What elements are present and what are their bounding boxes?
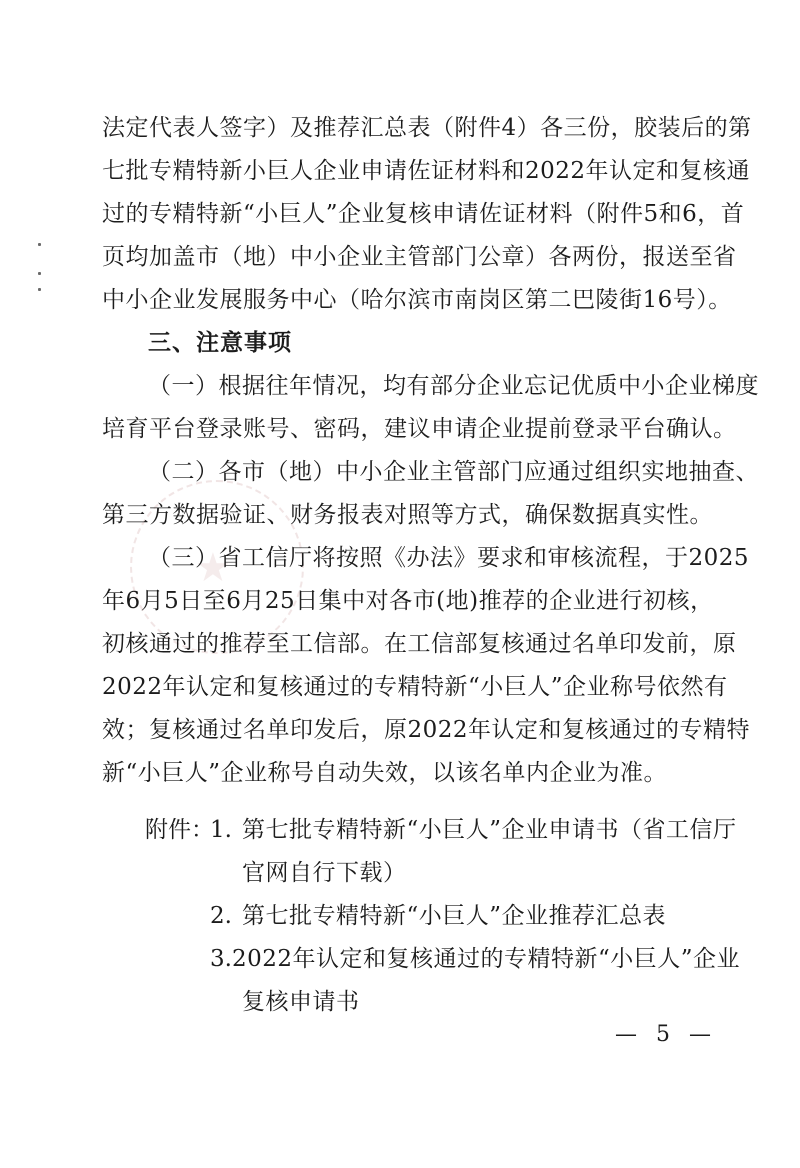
attachment-text: 复核申请书: [242, 987, 360, 1017]
note-line: （一）根据往年情况，均有部分企业忘记优质中小企业梯度: [148, 371, 700, 401]
note-line: 培育平台登录账号、密码，建议申请企业提前登录平台确认。: [102, 414, 700, 444]
attachments-label: 附件：: [145, 815, 214, 845]
body-line: 中小企业发展服务中心（哈尔滨市南岗区第二巴陵街16号）。: [102, 285, 700, 315]
body-line: 七批专精特新小巨人企业申请佐证材料和2022年认定和复核通: [102, 156, 700, 186]
attachment-number: 2.: [210, 901, 232, 931]
note-line: 年6月5日至6月25日集中对各市(地)推荐的企业进行初核，: [102, 586, 700, 616]
note-line: 新“小巨人”企业称号自动失效，以该名单内企业为准。: [102, 758, 700, 788]
section-heading: 三、注意事项: [148, 328, 292, 358]
body-line: 过的专精特新“小巨人”企业复核申请佐证材料（附件5和6，首: [102, 199, 700, 229]
note-line: （三）省工信厅将按照《办法》要求和审核流程，于2025: [148, 543, 700, 573]
attachment-number: 1.: [210, 815, 232, 845]
margin-mark: [38, 288, 41, 291]
document-page: ★ 法定代表人签字）及推荐汇总表（附件4）各三份，胶装后的第 七批专精特新小巨人…: [0, 0, 800, 1168]
note-line: （二）各市（地）中小企业主管部门应通过组织实地抽查、: [148, 457, 700, 487]
body-line: 页均加盖市（地）中小企业主管部门公章）各两份，报送至省: [102, 242, 700, 272]
attachment-text: 官网自行下载）: [242, 858, 407, 888]
page-number: — 5 —: [615, 1020, 717, 1050]
attachment-number: 3.: [210, 944, 232, 974]
note-line: 2022年认定和复核通过的专精特新“小巨人”企业称号依然有: [102, 672, 700, 702]
note-line: 效；复核通过名单印发后，原2022年认定和复核通过的专精特: [102, 715, 700, 745]
note-line: 第三方数据验证、财务报表对照等方式，确保数据真实性。: [102, 500, 700, 530]
note-line: 初核通过的推荐至工信部。在工信部复核通过名单印发前，原: [102, 629, 700, 659]
margin-mark: [38, 272, 41, 275]
attachment-text: 第七批专精特新“小巨人”企业申请书（省工信厅: [242, 815, 700, 845]
attachment-text: 2022年认定和复核通过的专精特新“小巨人”企业: [232, 944, 700, 974]
margin-mark: [38, 243, 41, 246]
attachment-text: 第七批专精特新“小巨人”企业推荐汇总表: [242, 901, 666, 931]
body-line: 法定代表人签字）及推荐汇总表（附件4）各三份，胶装后的第: [102, 113, 700, 143]
